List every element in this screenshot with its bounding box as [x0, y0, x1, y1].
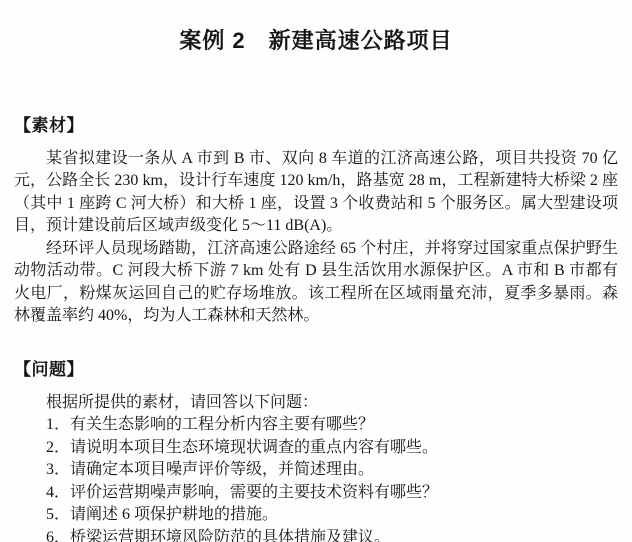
materials-body: 某省拟建设一条从 A 市到 B 市、双向 8 车道的江济高速公路，项目共投资 7…: [14, 148, 618, 328]
materials-section-header: 【素材】: [14, 115, 618, 137]
questions-list: 1．有关生态影响的工程分析内容主要有哪些？ 2．请说明本项目生态环境现状调查的重…: [14, 414, 618, 542]
materials-paragraph-1: 某省拟建设一条从 A 市到 B 市、双向 8 车道的江济高速公路，项目共投资 7…: [14, 148, 618, 238]
questions-section: 【问题】 根据所提供的素材，请回答以下问题： 1．有关生态影响的工程分析内容主要…: [14, 359, 618, 542]
question-item-3: 3．请确定本项目噪声评价等级，并简述理由。: [14, 459, 618, 482]
materials-paragraph-2: 经环评人员现场踏勘，江济高速公路途经 65 个村庄，并将穿过国家重点保护野生动物…: [14, 238, 618, 328]
document-page: 案例 2 新建高速公路项目 【素材】 某省拟建设一条从 A 市到 B 市、双向 …: [0, 0, 632, 542]
materials-section: 【素材】 某省拟建设一条从 A 市到 B 市、双向 8 车道的江济高速公路，项目…: [14, 115, 618, 328]
question-item-5: 5．请阐述 6 项保护耕地的措施。: [14, 504, 618, 527]
question-item-6: 6．桥梁运营期环境风险防范的具体措施及建议。: [14, 527, 618, 542]
question-item-1: 1．有关生态影响的工程分析内容主要有哪些？: [14, 414, 618, 437]
questions-intro: 根据所提供的素材，请回答以下问题：: [14, 392, 618, 415]
questions-section-header: 【问题】: [14, 359, 618, 381]
question-item-4: 4．评价运营期噪声影响，需要的主要技术资料有哪些？: [14, 482, 618, 505]
page-title: 案例 2 新建高速公路项目: [14, 27, 618, 55]
question-item-2: 2．请说明本项目生态环境现状调查的重点内容有哪些。: [14, 437, 618, 460]
